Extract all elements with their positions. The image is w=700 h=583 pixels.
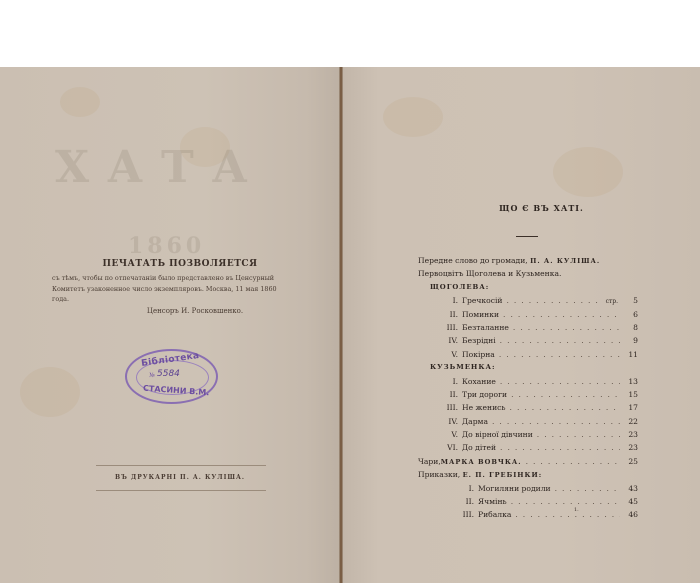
entry-number: III.: [418, 321, 462, 334]
leader-dots: ..........................: [499, 348, 620, 361]
entry-title: Кохание: [462, 375, 496, 388]
entry-page: 22: [624, 415, 638, 428]
toc-entry: II.Три дороги..........................1…: [418, 388, 638, 401]
entry-number: II.: [418, 388, 462, 401]
entry-title: Гречкосій: [462, 294, 502, 307]
permit-title: ПЕЧАТАТЬ ПОЗВОЛЯЕТСЯ: [0, 259, 340, 269]
entry-title: Рибалка: [478, 508, 511, 521]
book-spread: ХАТА 1860 ПЕЧАТАТЬ ПОЗВОЛЯЕТСЯ съ тѣмъ, …: [0, 67, 700, 583]
entry-author: МАРКА ВОВЧКА.: [441, 456, 522, 469]
censor-signature: Ценсоръ И. Росковшенко.: [0, 307, 340, 315]
entry-page: 6: [624, 308, 638, 321]
leader-dots: ..........................: [503, 308, 620, 321]
entry-number: I.: [418, 482, 478, 495]
toc-entry: II.Поминки..........................6: [418, 308, 638, 321]
printer-signature-mark: 1.: [574, 507, 579, 513]
leader-dots: ..........................: [511, 495, 620, 508]
entry-number: IV.: [418, 334, 462, 347]
entry-title: Не женись: [462, 401, 506, 414]
entry-title: Покірна: [462, 348, 495, 361]
leader-dots: ..........................: [492, 415, 620, 428]
entry-title: Могиляни родили: [478, 482, 551, 495]
entry-page: 9: [624, 334, 638, 347]
leader-dots: ..........................: [506, 294, 601, 307]
entry-page: 46: [624, 508, 638, 521]
toc-entry: I.Кохание..........................13: [418, 375, 638, 388]
imprint-rule-top: [96, 465, 266, 466]
entry-title: До дітей: [462, 441, 496, 454]
entry-number: II.: [418, 495, 478, 508]
entry-title: Три дороги: [462, 388, 507, 401]
toc-entry: V.До вірної дівчини.....................…: [418, 428, 638, 441]
entry-page: 25: [624, 455, 638, 468]
table-of-contents: Передне слово до громади, П. А. КУЛІША. …: [418, 254, 638, 522]
stamp-number-sign: №: [149, 372, 155, 379]
entry-number: II.: [418, 308, 462, 321]
toc-entry: II.Ячмінь..........................45: [418, 495, 638, 508]
leader-dots: ..........................: [526, 455, 620, 468]
toc-entry: I.Гречкосій..........................стр…: [418, 294, 638, 307]
toc-entry: III.Рибалка..........................46: [418, 508, 638, 521]
entry-title: Поминки: [462, 308, 499, 321]
toc-entry-chary: Чари, МАРКА ВОВЧКА......................…: [418, 455, 638, 468]
entry-page: 8: [624, 321, 638, 334]
toc-entry: III.Не женись..........................1…: [418, 401, 638, 414]
entry-title: До вірної дівчини: [462, 428, 533, 441]
leader-dots: ..........................: [500, 441, 620, 454]
entry-title: Ячмінь: [478, 495, 507, 508]
entry-number: I.: [418, 375, 462, 388]
entry-title: Безрідні: [462, 334, 496, 347]
entry-page: 13: [624, 375, 638, 388]
entry-number: VI.: [418, 441, 462, 454]
entry-title: Приказки,: [418, 470, 463, 479]
leader-dots: ..........................: [515, 508, 620, 521]
entry-number: V.: [418, 428, 462, 441]
entry-page: 45: [624, 495, 638, 508]
intro-text: Передне слово до громади,: [418, 256, 530, 265]
leader-dots: ..........................: [555, 482, 620, 495]
entry-page: 11: [624, 348, 638, 361]
permit-text: съ тѣмъ, чтобы по отпечатаніи было предс…: [52, 273, 292, 305]
entry-page: 17: [624, 401, 638, 414]
page-prefix: стр.: [606, 295, 618, 308]
right-page-content: ЩО Є ВЪ ХАТІ. Передне слово до громади, …: [343, 67, 700, 583]
leader-dots: ..........................: [510, 401, 620, 414]
toc-entry: IV.Безрідні..........................9: [418, 334, 638, 347]
entry-number: V.: [418, 348, 462, 361]
section-heading: КУЗЬМЕНКА:: [418, 361, 638, 374]
entry-page: 23: [624, 428, 638, 441]
entry-title: Чари,: [418, 455, 441, 468]
leader-dots: ..........................: [500, 334, 620, 347]
bleed-through-year: 1860: [128, 233, 205, 259]
entry-number: III.: [418, 401, 462, 414]
entry-number: IV.: [418, 415, 462, 428]
entry-page: 43: [624, 482, 638, 495]
entry-page: 23: [624, 441, 638, 454]
toc-entry: VI.До дітей..........................23: [418, 441, 638, 454]
imprint-rule-bottom: [96, 490, 266, 491]
library-stamp: Бібліотека № 5584 СТАСИНИ В.М.: [125, 349, 218, 404]
toc-entry: V.Покірна..........................11: [418, 348, 638, 361]
printer-imprint: ВЪ ДРУКАРНІ П. А. КУЛІША.: [0, 474, 360, 481]
entry-title: Дарма: [462, 415, 488, 428]
toc-rule: [516, 236, 538, 237]
toc-entry: I.Могиляни родили.......................…: [418, 482, 638, 495]
toc-entry-prykazky: Приказки, Е. П. ГРЕБІНКИ:: [418, 468, 638, 481]
section-heading: ЩОГОЛЕВА:: [418, 281, 638, 294]
leader-dots: ..........................: [513, 321, 620, 334]
entry-number: I.: [418, 294, 462, 307]
toc-intro-line: Передне слово до громади, П. А. КУЛІША.: [418, 254, 638, 267]
leader-dots: ..........................: [511, 388, 620, 401]
stamp-number: 5584: [157, 369, 180, 379]
leader-dots: ..........................: [537, 428, 620, 441]
entry-number: III.: [418, 508, 478, 521]
toc-title: ЩО Є ВЪ ХАТІ.: [343, 203, 700, 213]
entry-author: Е. П. ГРЕБІНКИ:: [463, 471, 543, 479]
entry-page: 15: [624, 388, 638, 401]
entry-title: Безталанне: [462, 321, 509, 334]
intro-author: П. А. КУЛІША.: [530, 257, 600, 265]
toc-entry: IV.Дарма..........................22: [418, 415, 638, 428]
leader-dots: ..........................: [500, 375, 620, 388]
intro-text: Первоцвітъ Щоголева и Кузьменка.: [418, 269, 561, 278]
bleed-through-title: ХАТА: [55, 142, 266, 193]
toc-entry: III.Безталанне..........................…: [418, 321, 638, 334]
left-page-content: ХАТА 1860 ПЕЧАТАТЬ ПОЗВОЛЯЕТСЯ съ тѣмъ, …: [0, 67, 340, 583]
entry-page: 5: [624, 294, 638, 307]
toc-intro-line: Первоцвітъ Щоголева и Кузьменка.: [418, 267, 638, 280]
